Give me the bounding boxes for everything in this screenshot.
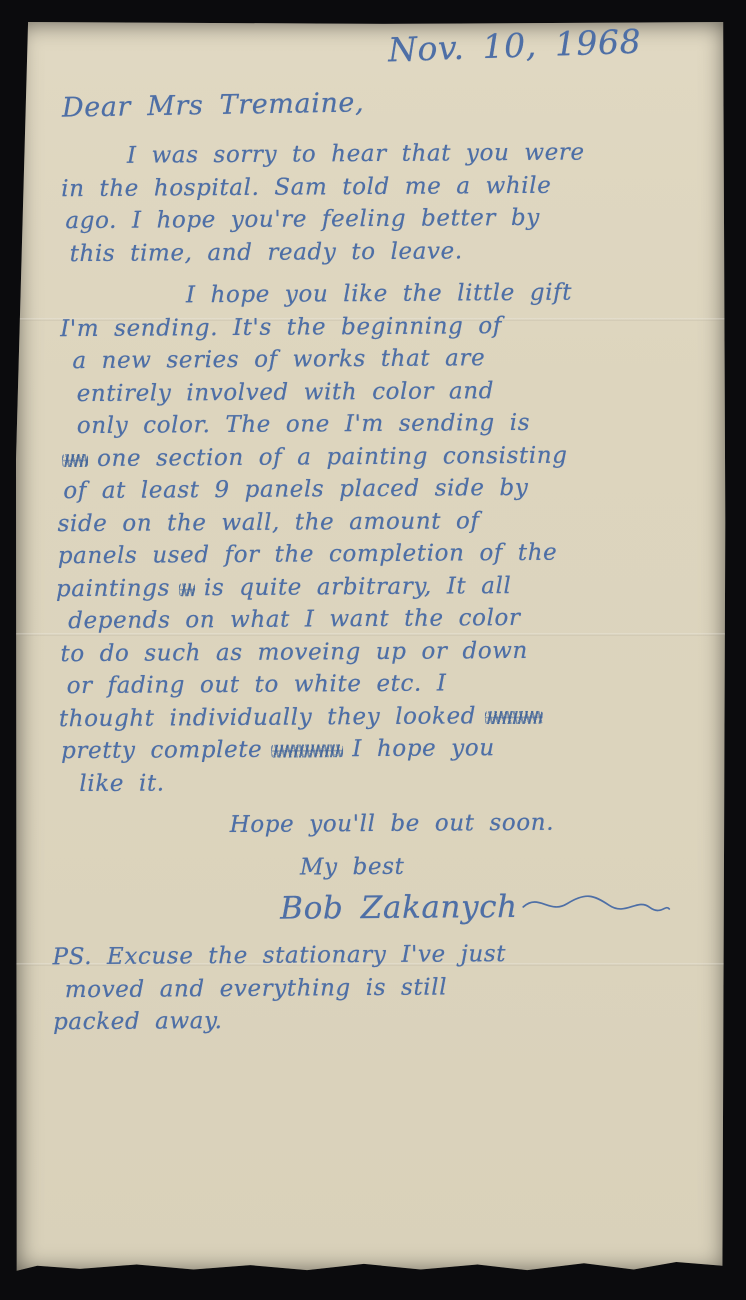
letter-line: thought individually they looked (59, 698, 727, 735)
handwritten-text: I'm sending. It's the beginning of (60, 313, 502, 342)
letter-line: I'm sending. It's the beginning of (60, 308, 724, 345)
letter-line: PS. Excuse the stationary I've just (52, 937, 728, 974)
handwritten-text: a new series of works that are (72, 345, 485, 374)
signature-flourish (522, 890, 672, 917)
handwritten-text: thought individually they looked (59, 703, 476, 732)
handwritten-text: side on the wall, the amount of (57, 508, 479, 537)
letter-line: like it. (79, 763, 727, 800)
handwritten-text: ago. I hope you're feeling better by (65, 205, 540, 234)
letter-line: depends on what I want the color (68, 601, 726, 638)
date-line: Nov. 10, 1968 (387, 22, 641, 70)
handwritten-text: Bob Zakanych (280, 889, 518, 927)
letter-line: only color. The one I'm sending is (77, 406, 725, 443)
letter-line: to do such as moveing up or down (60, 633, 726, 670)
handwritten-text: to do such as moveing up or down (60, 637, 528, 666)
letter-line: paintingsis quite arbitrary, It all (56, 568, 726, 605)
handwritten-text: My best (300, 853, 405, 880)
letter-line: ago. I hope you're feeling better by (65, 201, 723, 238)
handwritten-text: like it. (79, 770, 164, 797)
letter-line: one section of a painting consisting (53, 438, 725, 475)
handwritten-text: or fading out to white etc. I (67, 670, 447, 699)
handwritten-text: is quite arbitrary, It all (204, 573, 512, 601)
salutation: Dear Mrs Tremaine, (62, 87, 365, 123)
letter-line: I was sorry to hear that you were (127, 136, 723, 173)
crossed-out-scribble (179, 583, 195, 596)
letter-line: I hope you like the little gift (186, 276, 724, 312)
crossed-out-scribble (271, 744, 343, 758)
letter-paper: Nov. 10, 1968 Dear Mrs Tremaine, I was s… (16, 22, 726, 1272)
letter-line: My best (300, 848, 728, 883)
letter-line: entirely involved with color and (77, 373, 725, 410)
handwritten-text: panels used for the completion of the (58, 540, 558, 569)
letter-line: Hope you'll be out soon. (230, 806, 728, 842)
letter-line: in the hospital. Sam told me a while (61, 168, 723, 205)
handwritten-text: only color. The one I'm sending is (77, 410, 530, 439)
handwritten-text: I hope you (352, 735, 495, 762)
letter-line: a new series of works that are (72, 341, 724, 378)
letter-line: or fading out to white etc. I (67, 666, 727, 703)
handwritten-text: depends on what I want the color (68, 605, 520, 634)
handwritten-text: moved and everything is still (65, 974, 447, 1003)
handwritten-text: pretty complete (61, 737, 262, 764)
handwritten-text: I hope you like the little gift (186, 280, 572, 309)
handwritten-text: one section of a painting consisting (97, 442, 568, 471)
signature: Bob Zakanych (280, 885, 728, 930)
crossed-out-scribble (485, 710, 543, 723)
handwritten-text: of at least 9 panels placed side by (63, 475, 528, 504)
handwritten-text: PS. Excuse the stationary I've just (52, 941, 506, 970)
letter-line: panels used for the completion of the (58, 536, 726, 573)
handwritten-text: Hope you'll be out soon. (230, 810, 555, 838)
letter-line: this time, and ready to leave. (70, 233, 724, 270)
letter-line: pretty completeI hope you (61, 731, 727, 768)
letter-line: side on the wall, the amount of (57, 503, 725, 540)
handwritten-text: this time, and ready to leave. (70, 238, 463, 267)
photo-background: Nov. 10, 1968 Dear Mrs Tremaine, I was s… (0, 0, 746, 1300)
handwritten-text: paintings (56, 575, 170, 602)
handwritten-text: in the hospital. Sam told me a while (61, 172, 551, 201)
handwritten-text: packed away. (53, 1008, 223, 1035)
letter-body: I was sorry to hear that you werein the … (13, 136, 729, 1039)
letter-line: moved and everything is still (65, 969, 729, 1006)
letter-line: packed away. (53, 1002, 729, 1039)
crossed-out-scribble (62, 453, 88, 466)
handwritten-text: entirely involved with color and (77, 378, 495, 407)
letter-line: of at least 9 panels placed side by (63, 471, 725, 508)
handwritten-text: I was sorry to hear that you were (127, 139, 585, 168)
